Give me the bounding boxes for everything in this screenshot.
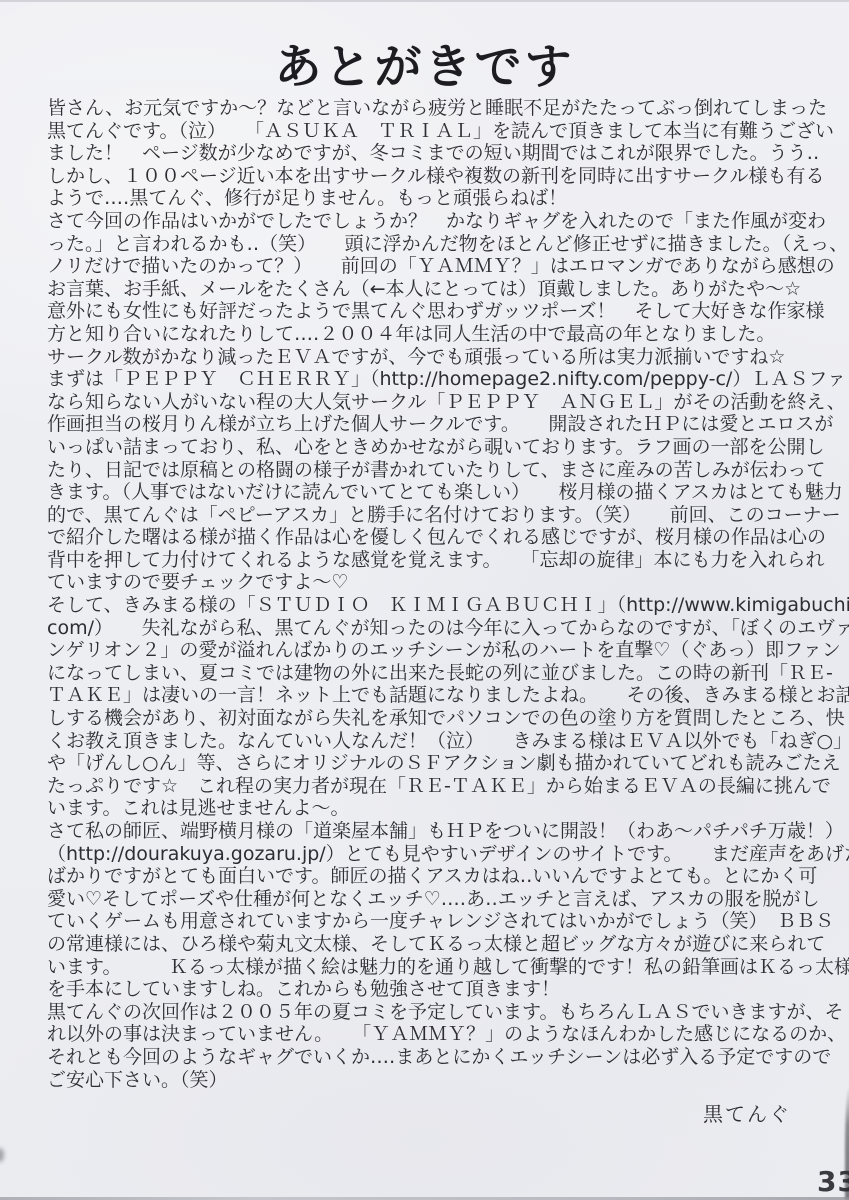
body-line: しかし、１００ページ近い本を出すサークル様や複数の新刊を同時に出すサークル様も有… <box>47 165 813 188</box>
body-line: お言葉、お手紙、メールをたくさん（←本人にとっては）頂戴しました。ありがたや～☆ <box>47 278 813 301</box>
body-line: ンゲリオン２」の愛が溢れんばかりのエッチシーンが私のハートを直撃♡（ぐあっ）即フ… <box>47 639 813 662</box>
body-line: 愛い♡そしてポーズや仕種が何となくエッチ♡‥‥あ‥エッチと言えば、アスカの服を脱… <box>47 888 813 911</box>
body-line: いっぱい詰まっており、私、心をときめかせながら覗いております。ラフ画の一部を公開… <box>47 436 813 459</box>
body-line: 的で、黒てんぐは「ペピーアスカ」と勝手に名付けております。（笑） 前回、このコー… <box>47 504 813 527</box>
author-signature: 黒てんぐ <box>703 1098 791 1127</box>
body-line: れ以外の事は決まっていません。 「ＹＡＭＭＹ？」のようなほんわかした感じになるの… <box>47 1023 813 1046</box>
body-line: ようで‥‥黒てんぐ、修行が足りません。もっと頑張らねば！ <box>47 187 813 210</box>
body-line: った。」と言われるかも‥（笑） 頭に浮かんだ物をほとんど修正せずに描きました。（… <box>47 233 813 256</box>
body-line: くお教え頂きました。なんていい人なんだ！（泣） きみまる様はＥＶＡ以外でも「ねぎ… <box>47 730 813 753</box>
body-line: 方と知り合いになれたりして‥‥２００４年は同人生活の中で最高の年となりました。 <box>47 323 813 346</box>
body-line: サークル数がかなり減ったＥＶＡですが、今でも頑張っている所は実力派揃いですね☆ <box>47 346 813 369</box>
body-line: います。 Ｋるっ太様が描く絵は魅力的を通り越して衝撃的です！私の鉛筆画はＫるっ太… <box>47 956 813 979</box>
body-line: しする機会があり、初対面ながら失礼を承知でパソコンでの色の塗り方を質問したところ… <box>47 707 813 730</box>
afterword-page: あとがきです 皆さん、お元気ですか～？などと言いながら疲労と睡眠不足がたたってぶ… <box>0 0 849 1200</box>
scan-corner-smudge <box>0 1148 4 1162</box>
body-line: それとも今回のようなギャグでいくか‥‥まあとにかくエッチシーンは必ず入る予定です… <box>47 1046 813 1069</box>
body-line: ばかりですがとても面白いです。師匠の描くアスカはね‥いいんですよとても。とにかく… <box>47 865 813 888</box>
body-line: ＴＡＫＥ」は凄いの一言！ネット上でも話題になりましたよね。 その後、きみまる様と… <box>47 684 813 707</box>
body-line: の常連様には、ひろ様や菊丸文太様、そしてＫるっ太様と超ビッグな方々が遊びに来られ… <box>47 933 813 956</box>
body-line: たっぷりです☆ これ程の実力者が現在「ＲＥ‐ＴＡＫＥ」から始まるＥＶＡの長編に挑… <box>47 775 813 798</box>
body-line: 黒てんぐの次回作は２００５年の夏コミを予定しています。もちろんＬＡＳでいきますが… <box>47 1001 813 1024</box>
body-line: たり、日記では原稿との格闘の様子が書かれていたりして、まさに産みの苦しみが伝わっ… <box>47 459 813 482</box>
body-line: ノリだけで描いたのかって？） 前回の「ＹＡＭＭＹ？」はエロマンガでありながら感想… <box>47 255 813 278</box>
scan-edge-shadow <box>845 1085 849 1200</box>
body-line: ていくゲームも用意されていますから一度チャレンジされてはいかがでしょう（笑） Ｂ… <box>47 910 813 933</box>
body-line: ご安心下さい。（笑） <box>47 1069 813 1092</box>
body-line: なら知らない人がいない程の大人気サークル「ＰＥＰＰＹ ＡＮＧＥＬ」がその活動を終… <box>47 391 813 414</box>
body-line: （http://dourakuya.gozaru.jp/）とても見やすいデザイン… <box>47 843 813 866</box>
body-line: さて私の師匠、端野横月様の「道楽屋本舗」もＨＰをついに開設！（わあ～パチパチ万歳… <box>47 820 813 843</box>
body-line: 意外にも女性にも好評だったようで黒てんぐ思わずガッツポーズ！ そして大好きな作家… <box>47 300 813 323</box>
body-line: を手本にしていますしね。これからも勉強させて頂きます！ <box>47 978 813 1001</box>
body-line: そして、きみまる様の「ＳＴＵＤＩＯ ＫＩＭＩＧＡＢＵＣＨＩ」（http://ww… <box>47 594 813 617</box>
body-line: 作画担当の桜月りん様が立ち上げた個人サークルです。 開設されたＨＰには愛とエロス… <box>47 413 813 436</box>
afterword-body: 皆さん、お元気ですか～？などと言いながら疲労と睡眠不足がたたってぶっ倒れてしまっ… <box>47 97 813 1091</box>
body-line: ていますので要チェックですよ～♡ <box>47 571 813 594</box>
body-line: います。これは見逃せませんよ～。 <box>47 797 813 820</box>
body-line: で紹介した曙はる様が描く作品は心を優しく包んでくれる感じですが、桜月様の作品は心… <box>47 526 813 549</box>
body-line: 黒てんぐです。（泣） 「ＡＳＵＫＡ ＴＲＩＡＬ」を読んで頂きまして本当に有難うご… <box>47 120 813 143</box>
body-line: きます。（人事ではないだけに読んでいてとても楽しい） 桜月様の描くアスカはとても… <box>47 481 813 504</box>
page-title: あとがきです <box>0 30 849 97</box>
body-line: まずは「ＰＥＰＰＹ ＣＨＥＲＲＹ」（http://homepage2.nifty… <box>47 368 813 391</box>
body-line: com/） 失礼ながら私、黒てんぐが知ったのは今年に入ってからなのですが、「ぼく… <box>47 617 813 640</box>
body-line: や「げんし○ん」等、さらにオリジナルのＳＦアクション劇も描かれていてどれも読みご… <box>47 752 813 775</box>
body-line: さて今回の作品はいかがでしたでしょうか？ かなりギャグを入れたので「また作風が変… <box>47 210 813 233</box>
body-line: ました！ ページ数が少なめですが、冬コミまでの短い期間ではこれが限界でした。うう… <box>47 142 813 165</box>
body-line: になってしまい、夏コミでは建物の外に出来た長蛇の列に並びました。この時の新刊「Ｒ… <box>47 662 813 685</box>
body-line: 皆さん、お元気ですか～？などと言いながら疲労と睡眠不足がたたってぶっ倒れてしまっ… <box>47 97 813 120</box>
body-line: 背中を押して力付けてくれるような感覚を覚えます。 「忘却の旋律」本にも力を入れら… <box>47 549 813 572</box>
